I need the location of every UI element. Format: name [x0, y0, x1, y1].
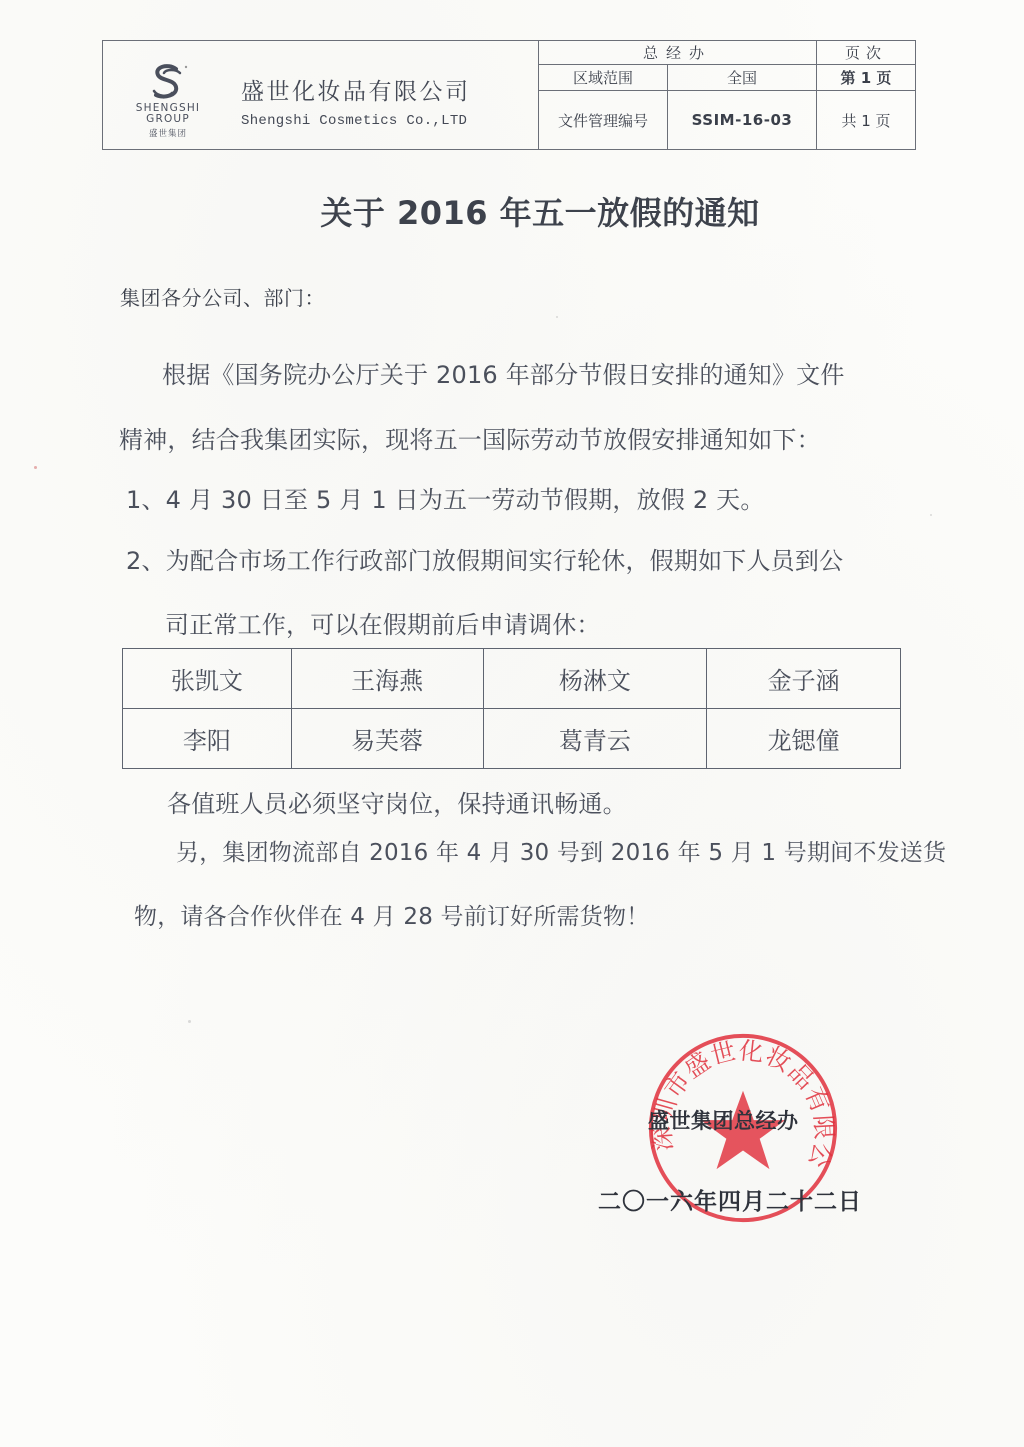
scan-speck: [34, 466, 37, 469]
salutation: 集团各分公司、部门：: [120, 282, 325, 311]
item-1: 1、4 月 30 日至 5 月 1 日为五一劳动节假期，放假 2 天。: [126, 480, 765, 515]
staff-name-cell: 易芙蓉: [291, 709, 483, 769]
shengshi-s-logo-icon: [146, 63, 190, 103]
scan-speck: [556, 316, 558, 318]
table-row: 李阳 易芙蓉 葛青云 龙锶僮: [123, 709, 901, 769]
notice-page: SHENGSHI GROUP 盛世集团 盛世化妆品有限公司 Shengshi C…: [0, 0, 1024, 1447]
company-name-cn: 盛世化妆品有限公司: [241, 77, 471, 107]
item-2-line-2: 司正常工作，可以在假期前后申请调休：: [165, 605, 601, 640]
doc-number-label-cell: 文件管理编号: [539, 91, 668, 149]
staff-name-cell: 金子涵: [707, 649, 901, 709]
logo-text-en-2: GROUP: [129, 114, 207, 125]
company-name-block: 盛世化妆品有限公司 Shengshi Cosmetics Co.,LTD: [241, 77, 471, 129]
issue-date: 二〇一六年四月二十二日: [598, 1183, 862, 1216]
issuer-signature: 盛世集团总经办: [648, 1105, 799, 1135]
svg-text:深圳市盛世化妆品有限公司: 深圳市盛世化妆品有限公司: [645, 1030, 839, 1172]
staff-name-cell: 杨淋文: [483, 649, 707, 709]
scope-value-cell: 全国: [668, 65, 817, 91]
staff-name-cell: 张凯文: [123, 649, 292, 709]
notice-title: 关于 2016 年五一放假的通知: [0, 188, 1024, 234]
document-meta-table: 总经办 页次 区域范围 全国 第 1 页 文件管理编号 SSIM-16-03 共…: [539, 41, 915, 149]
page-label-cell: 页次: [817, 41, 915, 65]
company-logo: SHENGSHI GROUP 盛世集团: [129, 63, 207, 141]
intro-line-2: 精神，结合我集团实际，现将五一国际劳动节放假安排通知如下：: [119, 420, 821, 455]
page-current-cell: 第 1 页: [817, 65, 915, 91]
intro-line-1: 根据《国务院办公厅关于 2016 年部分节假日安排的通知》文件: [162, 355, 845, 390]
scope-label-cell: 区域范围: [539, 65, 668, 91]
brand-block: SHENGSHI GROUP 盛世集团 盛世化妆品有限公司 Shengshi C…: [103, 41, 539, 149]
scan-speck: [930, 514, 932, 516]
scan-speck: [188, 1020, 191, 1023]
page-total-cell: 共 1 页: [817, 91, 915, 149]
logo-text-cn: 盛世集团: [129, 127, 207, 139]
table-row: 张凯文 王海燕 杨淋文 金子涵: [123, 649, 901, 709]
logistics-line-2: 物，请各合作伙伴在 4 月 28 号前订好所需货物！: [134, 898, 649, 931]
item-2-line-1: 2、为配合市场工作行政部门放假期间实行轮休，假期如下人员到公: [126, 541, 843, 576]
company-name-en: Shengshi Cosmetics Co.,LTD: [241, 113, 471, 129]
staff-name-cell: 王海燕: [291, 649, 483, 709]
staff-name-cell: 李阳: [123, 709, 292, 769]
duty-note: 各值班人员必须坚守岗位，保持通讯畅通。: [167, 784, 627, 819]
department-cell: 总经办: [539, 41, 817, 65]
duty-staff-table: 张凯文 王海燕 杨淋文 金子涵 李阳 易芙蓉 葛青云 龙锶僮: [122, 648, 901, 769]
seal-ring-text: 深圳市盛世化妆品有限公司: [645, 1030, 839, 1172]
document-header: SHENGSHI GROUP 盛世集团 盛世化妆品有限公司 Shengshi C…: [102, 40, 916, 150]
staff-name-cell: 龙锶僮: [707, 709, 901, 769]
doc-number-cell: SSIM-16-03: [668, 91, 817, 149]
staff-name-cell: 葛青云: [483, 709, 707, 769]
logistics-line-1: 另，集团物流部自 2016 年 4 月 30 号到 2016 年 5 月 1 号…: [176, 834, 946, 867]
